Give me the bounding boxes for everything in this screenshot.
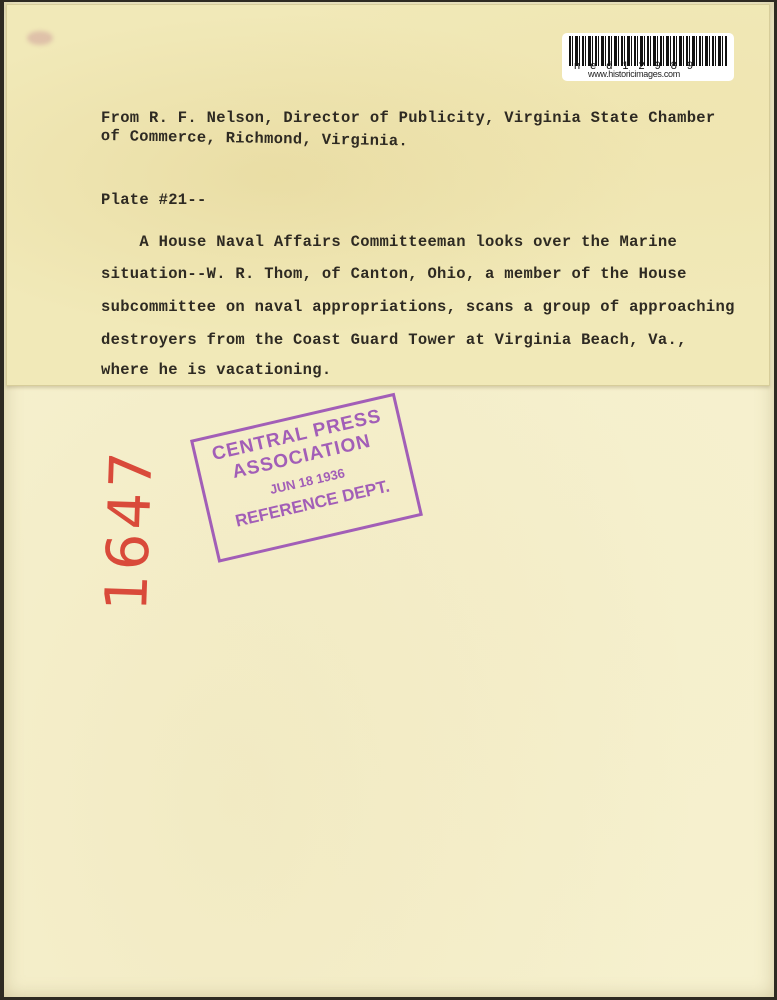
caption-line-3: subcommittee on naval appropriations, sc… <box>101 298 735 316</box>
handwritten-number: 1647 <box>92 446 166 612</box>
header-line-1: From R. F. Nelson, Director of Publicity… <box>101 109 716 127</box>
ink-smudge <box>27 31 53 45</box>
caption-sheet: ned12989 www.historicimages.com From R. … <box>6 4 770 386</box>
barcode-label: ned12989 www.historicimages.com <box>562 33 734 81</box>
barcode-site: www.historicimages.com <box>588 69 680 79</box>
caption-line-2: situation--W. R. Thom, of Canton, Ohio, … <box>101 265 687 283</box>
caption-line-4: destroyers from the Coast Guard Tower at… <box>101 331 687 349</box>
plate-number: Plate #21-- <box>101 191 207 209</box>
caption-line-5: where he is vacationing. <box>101 361 331 379</box>
header-line-2: of Commerce, Richmond, Virginia. <box>101 127 409 150</box>
caption-line-1: A House Naval Affairs Committeeman looks… <box>101 233 677 251</box>
